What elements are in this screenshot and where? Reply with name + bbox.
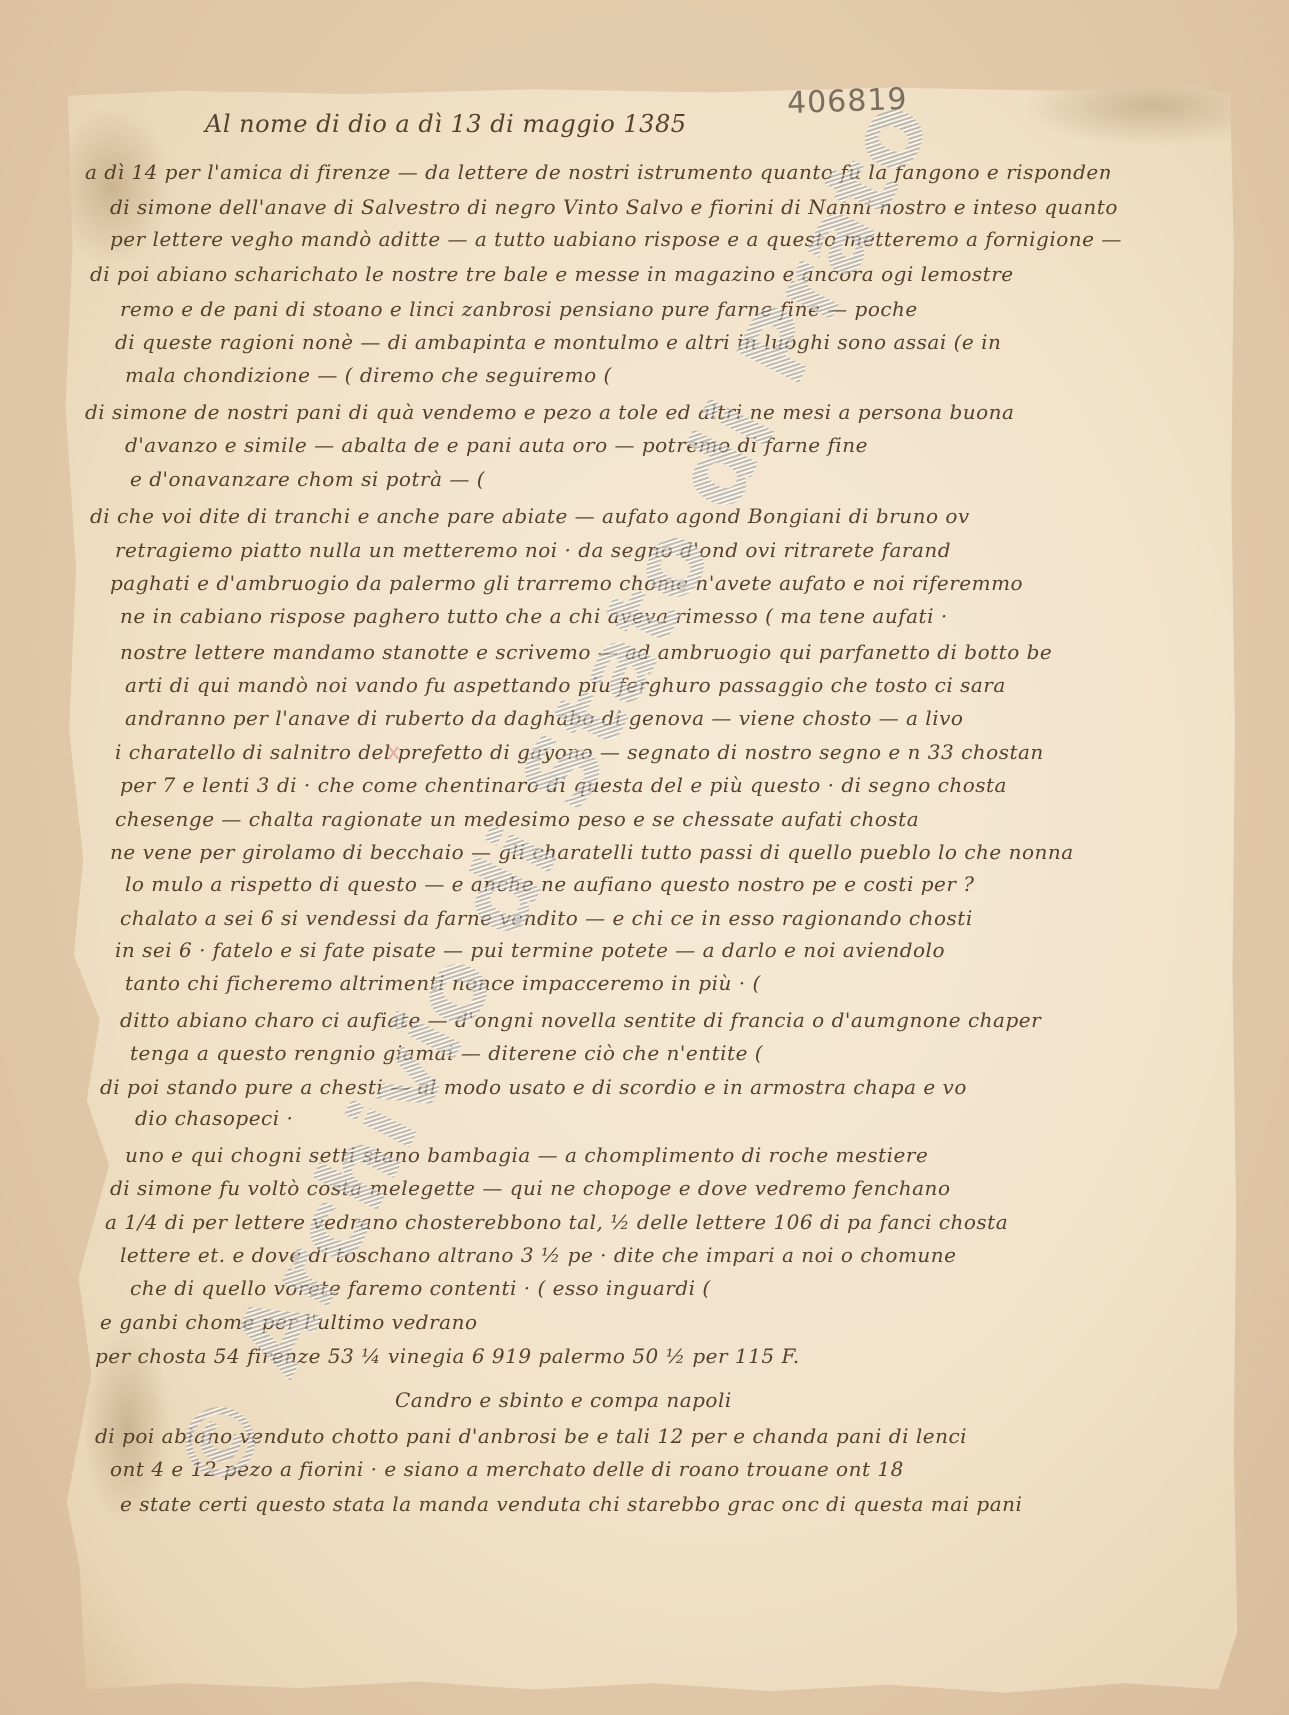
- manuscript-line: di simone dell'anave di Salvestro di neg…: [110, 195, 1140, 219]
- manuscript-line: ditto abiano charo ci aufiate — d'ongni …: [120, 1008, 1085, 1032]
- manuscript-line: che di quello vorete faremo contenti · (…: [130, 1276, 800, 1300]
- manuscript-line: remo e de pani di stoano e linci zanbros…: [120, 297, 1120, 321]
- manuscript-line: di poi abiano scharichato le nostre tre …: [90, 262, 1120, 286]
- manuscript-line: mala chondizione — ( diremo che seguirem…: [125, 363, 645, 387]
- manuscript-line: di simone de nostri pani di quà vendemo …: [85, 400, 1145, 424]
- manuscript-line: chalato a sei 6 si vendessi da farne ven…: [120, 906, 1090, 930]
- manuscript-line: ne vene per girolamo di becchaio — gli c…: [110, 840, 1085, 864]
- manuscript-line: a dì 14 per l'amica di firenze — da lett…: [85, 160, 1110, 184]
- manuscript-line: in sei 6 · fatelo e si fate pisate — pui…: [115, 938, 1075, 962]
- manuscript-line: Candro e sbinto e compa napoli: [395, 1388, 745, 1412]
- manuscript-line: e d'onavanzare chom si potrà — (: [130, 467, 550, 491]
- manuscript-line: di simone fu voltò costa melegette — qui…: [110, 1176, 1095, 1200]
- manuscript-line: di poi stando pure a chesti — al modo us…: [100, 1075, 1085, 1099]
- manuscript-line: chesenge — chalta ragionate un medesimo …: [115, 807, 1115, 831]
- manuscript-line: di queste ragioni nonè — di ambapinta e …: [115, 330, 1075, 354]
- manuscript-line: lo mulo a rispetto di questo — e anche n…: [125, 872, 1115, 896]
- manuscript-line: e state certi questo stata la manda vend…: [120, 1492, 1120, 1516]
- manuscript-line: di che voi dite di tranchi e anche pare …: [90, 504, 1095, 528]
- red-x-annotation: x: [387, 740, 400, 765]
- manuscript-line: uno e qui chogni setti stano bambagia — …: [125, 1143, 985, 1167]
- manuscript-line: a 1/4 di per lettere vedrano chosterebbo…: [105, 1210, 1085, 1234]
- manuscript-line: tenga a questo rengnio giamai — diterene…: [130, 1041, 870, 1065]
- document-heading: Al nome di dio a dì 13 di maggio 1385: [205, 110, 686, 138]
- manuscript-line: per lettere vegho mandò aditte — a tutto…: [110, 227, 1130, 251]
- manuscript-line: d'avanzo e simile — abalta de e pani aut…: [125, 433, 1125, 457]
